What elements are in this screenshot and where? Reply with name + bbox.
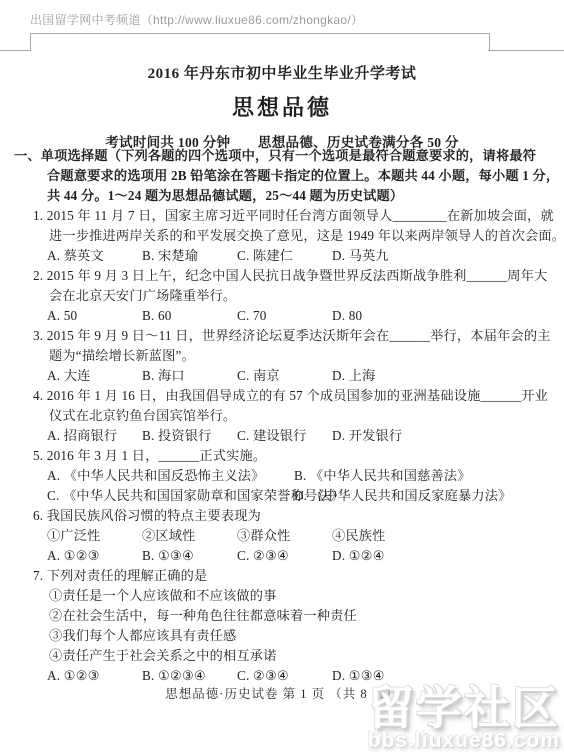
subject-title: 思想品德 xyxy=(0,91,564,122)
answer-option: C. 建设银行 xyxy=(237,426,332,446)
question-text-line: ③我们每个人都应该具有责任感 xyxy=(49,626,564,646)
source-channel-text: 出国留学网中考频道（http://www.liuxue86.com/zhongk… xyxy=(30,11,363,28)
answer-option: C. 70 xyxy=(237,306,332,326)
section-intro-line: 一、单项选择题（下列各题的四个选项中，只有一个选项是最符合题意要求的，请将最符 xyxy=(14,146,564,166)
answer-option: D. 开发银行 xyxy=(332,426,564,446)
question-lead-line: 6. 我国民族风俗习惯的特点主要表现为 xyxy=(33,506,564,526)
page-frame-line xyxy=(30,33,490,51)
question: 7. 下列对责任的理解正确的是①责任是一个人应该做和不应该做的事②在社会生活中，… xyxy=(0,566,564,686)
answer-option: C. 陈建仁 xyxy=(237,246,332,266)
question-text-line: 进一步推进两岸关系的和平发展交换了意见，这是 1949 年以来两岸领导人的首次会… xyxy=(49,226,564,246)
answer-option: D. ①②④ xyxy=(332,546,564,566)
answer-option: D. 马英九 xyxy=(332,246,564,266)
question: 3. 2015 年 9 月 9 日～11 日，世界经济论坛夏季达沃斯年会在___… xyxy=(0,326,564,386)
option-row: A. 《中华人民共和国反恐怖主义法》B. 《中华人民共和国慈善法》 xyxy=(47,466,564,486)
answer-option: A. 《中华人民共和国反恐怖主义法》 xyxy=(47,466,294,486)
question: 1. 2015 年 11 月 7 日，国家主席习近平同时任台湾方面领导人____… xyxy=(0,206,564,266)
answer-option: B. 海口 xyxy=(142,366,237,386)
exam-title: 2016 年丹东市初中毕业生毕业升学考试 xyxy=(0,62,564,83)
option-row: A. 大连B. 海口C. 南京D. 上海 xyxy=(47,366,564,386)
option-row: C. 《中华人民共和国国家勋章和国家荣誉称号法》D. 《中华人民共和国反家庭暴力… xyxy=(47,486,564,506)
page-frame-line xyxy=(488,50,564,51)
answer-option: ③群众性 xyxy=(237,526,332,546)
answer-option: D. 《中华人民共和国反家庭暴力法》 xyxy=(294,486,564,506)
question: 4. 2016 年 1 月 16 日，由我国倡导成立的有 57 个成员国参加的亚… xyxy=(0,386,564,446)
question-text-line: 仪式在北京钓鱼台国宾馆举行。 xyxy=(49,406,564,426)
answer-option: B. 《中华人民共和国慈善法》 xyxy=(294,466,564,486)
question-text-line: ④责任产生于社会关系之中的相互承诺 xyxy=(49,646,564,666)
watermark-url: bbs.liuxue86.com xyxy=(368,730,560,752)
answer-option: D. 上海 xyxy=(332,366,564,386)
section-intro-line: 共 44 分。1～24 题为思想品德试题，25～44 题为历史试题） xyxy=(47,186,564,206)
page-frame-line xyxy=(0,50,30,51)
option-row: A. ①②③B. ①③④C. ②③④D. ①②④ xyxy=(47,546,564,566)
answer-option: B. ①②③④ xyxy=(142,666,237,686)
answer-option: A. 招商银行 xyxy=(47,426,142,446)
answer-option: D. ①③④ xyxy=(332,666,564,686)
question-text-line: 会在北京天安门广场隆重举行。 xyxy=(49,286,564,306)
answer-option: C. ②③④ xyxy=(237,666,332,686)
question-lead-line: 7. 下列对责任的理解正确的是 xyxy=(33,566,564,586)
option-row: A. 招商银行B. 投资银行C. 建设银行D. 开发银行 xyxy=(47,426,564,446)
question: 5. 2016 年 3 月 1 日，______正式实施。A. 《中华人民共和国… xyxy=(0,446,564,506)
answer-option: C. 南京 xyxy=(237,366,332,386)
exam-content: 一、单项选择题（下列各题的四个选项中，只有一个选项是最符合题意要求的，请将最符 … xyxy=(0,146,564,686)
question-text-line: ①责任是一个人应该做和不应该做的事 xyxy=(49,586,564,606)
option-row: ①广泛性②区域性③群众性④民族性 xyxy=(47,526,564,546)
question: 6. 我国民族风俗习惯的特点主要表现为①广泛性②区域性③群众性④民族性A. ①②… xyxy=(0,506,564,566)
title-block: 2016 年丹东市初中毕业生毕业升学考试 思想品德 考试时间共 100 分钟 思… xyxy=(0,62,564,151)
answer-option: ①广泛性 xyxy=(47,526,142,546)
answer-option: C. 《中华人民共和国国家勋章和国家荣誉称号法》 xyxy=(47,486,294,506)
question-lead-line: 5. 2016 年 3 月 1 日，______正式实施。 xyxy=(33,446,564,466)
answer-option: A. ①②③ xyxy=(47,546,142,566)
answer-option: ④民族性 xyxy=(332,526,564,546)
question-lead-line: 3. 2015 年 9 月 9 日～11 日，世界经济论坛夏季达沃斯年会在___… xyxy=(33,326,564,346)
answer-option: ②区域性 xyxy=(142,526,237,546)
answer-option: A. ①②③ xyxy=(47,666,142,686)
answer-option: B. ①③④ xyxy=(142,546,237,566)
answer-option: C. ②③④ xyxy=(237,546,332,566)
question-lead-line: 2. 2015 年 9 月 3 日上午，纪念中国人民抗日战争暨世界反法西斯战争胜… xyxy=(33,266,564,286)
answer-option: A. 蔡英文 xyxy=(47,246,142,266)
exam-page: 出国留学网中考频道（http://www.liuxue86.com/zhongk… xyxy=(0,0,564,756)
option-row: A. 蔡英文B. 宋楚瑜C. 陈建仁D. 马英九 xyxy=(47,246,564,266)
answer-option: A. 50 xyxy=(47,306,142,326)
question-lead-line: 4. 2016 年 1 月 16 日，由我国倡导成立的有 57 个成员国参加的亚… xyxy=(33,386,564,406)
section-intro-line: 合题意要求的选项用 2B 铅笔涂在答题卡指定的位置上。本题共 44 小题，每小题… xyxy=(47,166,564,186)
answer-option: B. 60 xyxy=(142,306,237,326)
answer-option: D. 80 xyxy=(332,306,564,326)
option-row: A. ①②③B. ①②③④C. ②③④D. ①③④ xyxy=(47,666,564,686)
answer-option: B. 宋楚瑜 xyxy=(142,246,237,266)
page-footer: 思想品德·历史试卷 第 1 页 （共 8 页） xyxy=(0,684,564,702)
answer-option: B. 投资银行 xyxy=(142,426,237,446)
questions: 1. 2015 年 11 月 7 日，国家主席习近平同时任台湾方面领导人____… xyxy=(0,206,564,686)
option-row: A. 50B. 60C. 70D. 80 xyxy=(47,306,564,326)
question-text-line: 题为“描绘增长新蓝图”。 xyxy=(49,346,564,366)
question: 2. 2015 年 9 月 3 日上午，纪念中国人民抗日战争暨世界反法西斯战争胜… xyxy=(0,266,564,326)
question-text-line: ②在社会生活中，每一种角色往往都意味着一种责任 xyxy=(49,606,564,626)
question-lead-line: 1. 2015 年 11 月 7 日，国家主席习近平同时任台湾方面领导人____… xyxy=(33,206,564,226)
answer-option: A. 大连 xyxy=(47,366,142,386)
